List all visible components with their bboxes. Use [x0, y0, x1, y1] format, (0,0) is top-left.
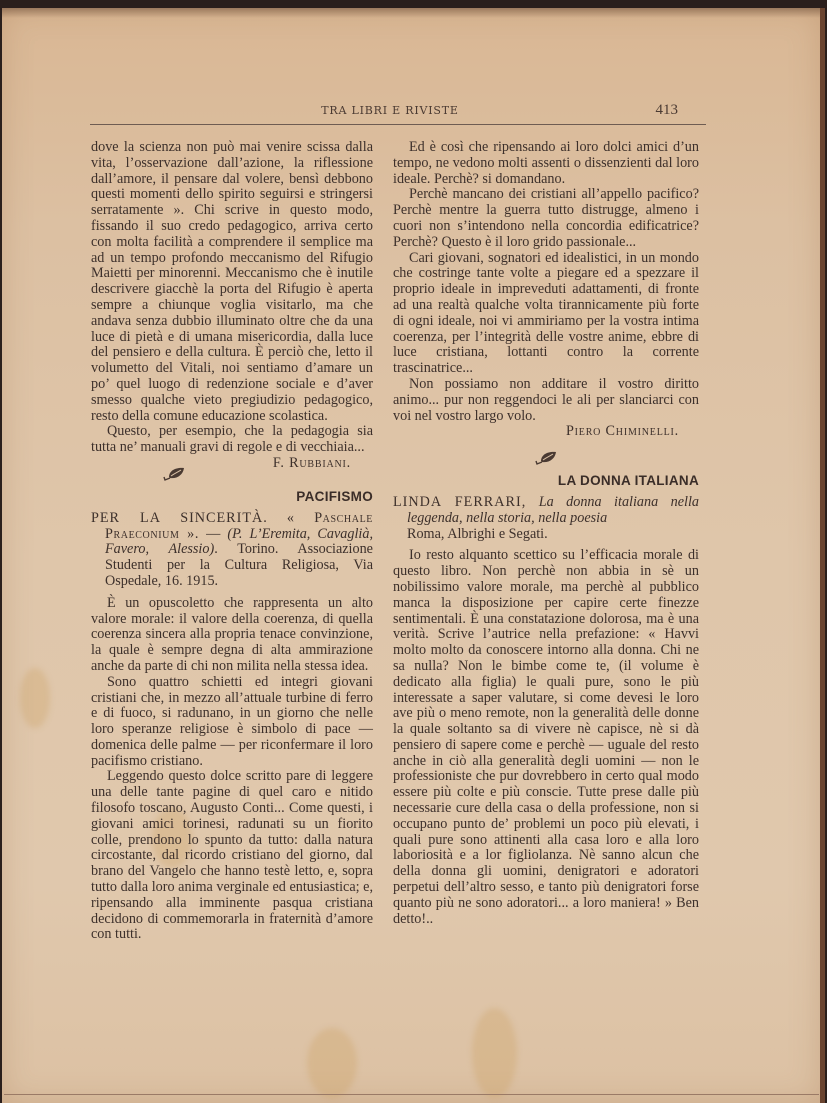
bibliographic-entry: LINDA FERRARI, La donna italiana nella l… — [393, 495, 699, 542]
paragraph: Leggendo questo dolce scritto pare di le… — [91, 769, 373, 943]
running-title: TRA LIBRI E RIVISTE — [90, 104, 690, 117]
section-title-donna-italiana: LA DONNA ITALIANA — [393, 473, 699, 489]
page-bottom-edge — [4, 1094, 819, 1095]
leaf-ornament-icon — [533, 449, 559, 467]
author-signature: Piero Chiminelli. — [393, 424, 679, 440]
paragraph: Io resto alquanto scettico su l’efficaci… — [393, 548, 699, 927]
entry-publication: Roma, Albrighi e Segati. — [407, 526, 548, 542]
paragraph: Questo, per esempio, che la pedagogia si… — [91, 424, 373, 456]
paragraph: Sono quattro schietti ed integri giovani… — [91, 675, 373, 770]
entry-lead: LINDA FERRARI, — [393, 494, 526, 510]
header-rule — [90, 124, 706, 125]
left-column: dove la scienza non può mai venire sciss… — [91, 140, 373, 943]
paragraph: Perchè mancano dei cristiani all’appello… — [393, 187, 699, 250]
paragraph: Cari giovani, sognatori ed idealistici, … — [393, 251, 699, 377]
right-column: Ed è così che ripensando ai loro dolci a… — [393, 140, 699, 927]
paragraph: dove la scienza non può mai venire sciss… — [91, 140, 373, 424]
paragraph: Non possiamo non additare il vostro diri… — [393, 377, 699, 424]
paper-stain — [472, 1008, 517, 1098]
paragraph: Ed è così che ripensando ai loro dolci a… — [393, 140, 699, 187]
page-header: TRA LIBRI E RIVISTE 413 — [90, 100, 690, 124]
bibliographic-entry: PER LA SINCERITÀ. « Paschale Praeconium … — [91, 511, 373, 590]
entry-lead: PER LA SINCERITÀ. — [91, 510, 268, 526]
leaf-ornament-icon — [161, 465, 187, 483]
author-signature: F. Rubbiani. — [257, 456, 351, 472]
paragraph-text: Questo, per esempio, che la pedagogia si… — [91, 423, 373, 455]
section-title-pacifismo: PACIFISMO — [91, 489, 373, 505]
page-number: 413 — [656, 102, 679, 119]
paper-stain — [20, 668, 50, 728]
paragraph: È un opuscoletto che rappresenta un alto… — [91, 596, 373, 675]
paper-stain — [307, 1028, 357, 1098]
